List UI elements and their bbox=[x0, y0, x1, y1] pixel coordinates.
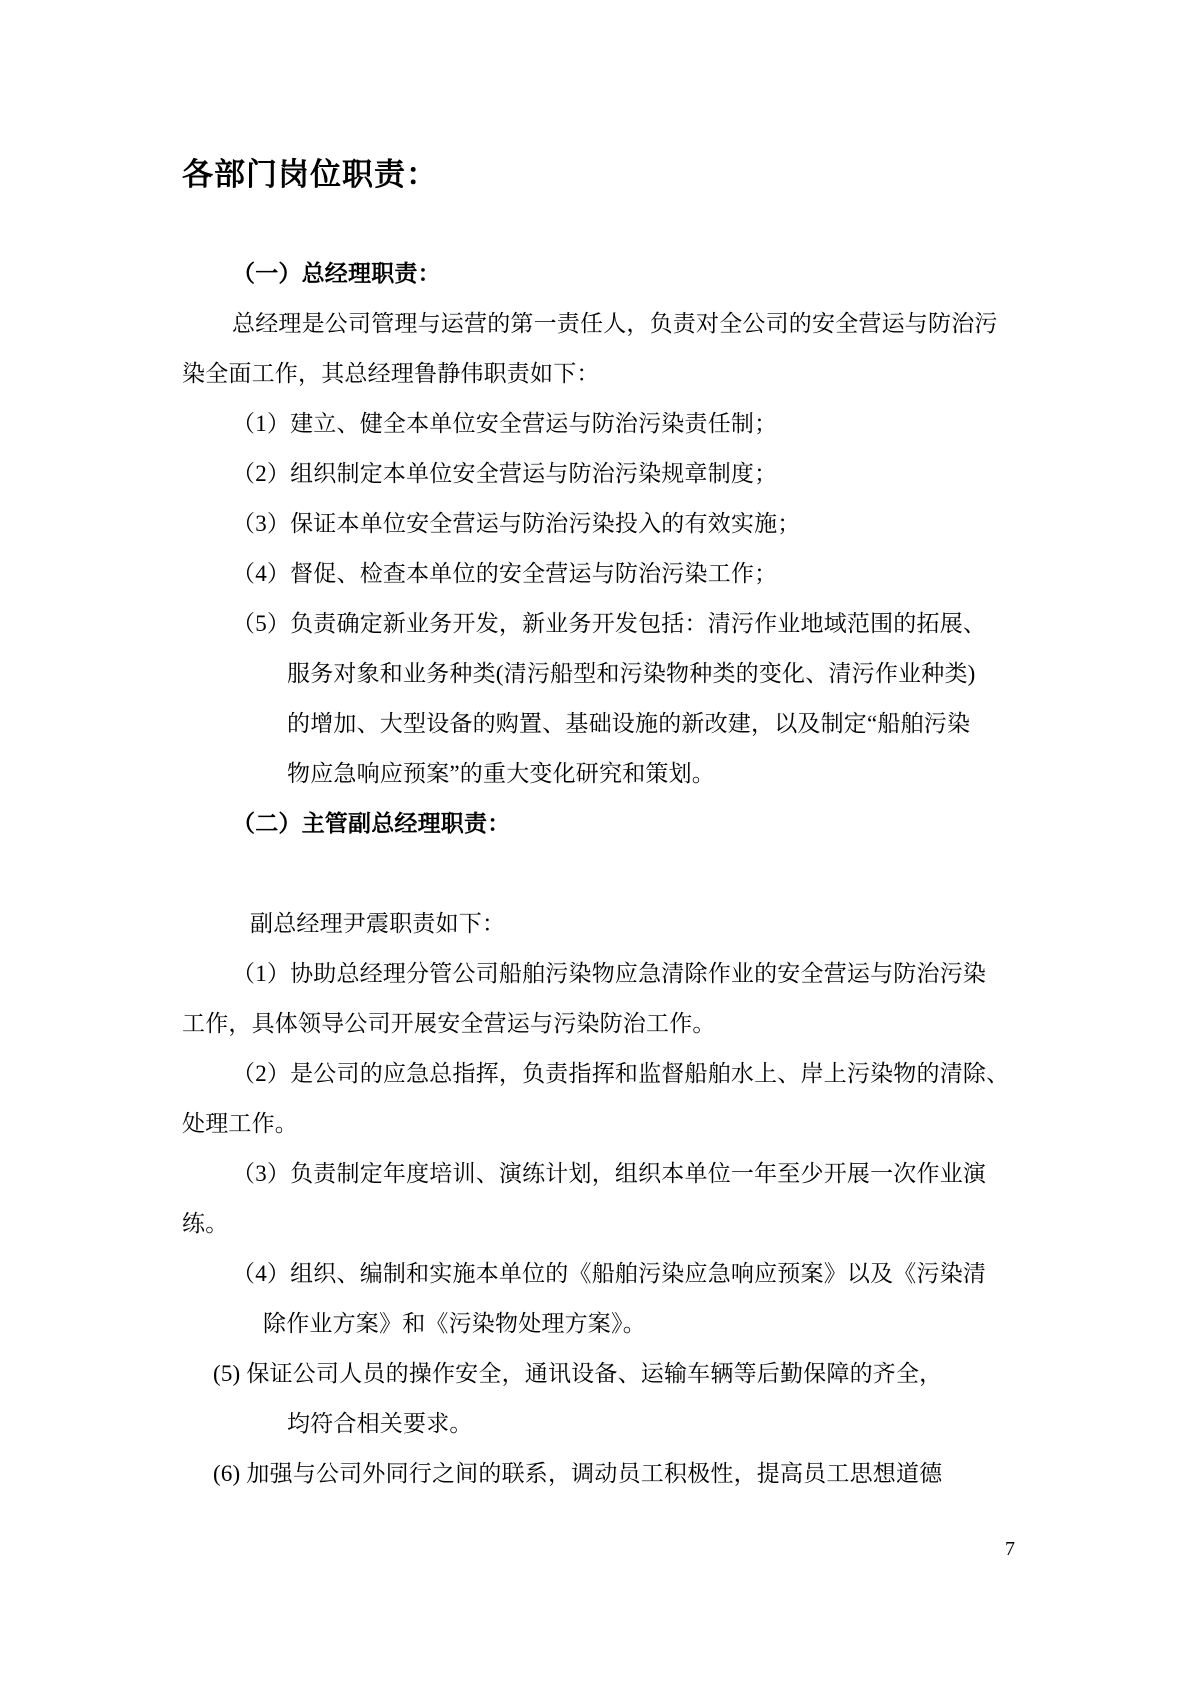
section2-item-3-line1: （3）负责制定年度培训、演练计划，组织本单位一年至少开展一次作业演 bbox=[182, 1149, 1015, 1199]
section2-item-5-line1: (5) 保证公司人员的操作安全，通讯设备、运输车辆等后勤保障的齐全， bbox=[182, 1349, 1015, 1399]
section2-item-1-line1: （1）协助总经理分管公司船舶污染物应急清除作业的安全营运与防治污染 bbox=[182, 949, 1015, 999]
section1-item-5-line4: 物应急响应预案”的重大变化研究和策划。 bbox=[182, 749, 1015, 799]
section1-item-4: （4）督促、检查本单位的安全营运与防治污染工作； bbox=[182, 549, 1015, 599]
blank-line bbox=[182, 849, 1015, 899]
section1-item-3: （3）保证本单位安全营运与防治污染投入的有效实施； bbox=[182, 499, 1015, 549]
section2-item-4-line1: （4）组织、编制和实施本单位的《船舶污染应急响应预案》以及《污染清 bbox=[182, 1249, 1015, 1299]
section2-item-3-line2: 练。 bbox=[182, 1199, 1015, 1249]
document-page: 各部门岗位职责： （一）总经理职责： 总经理是公司管理与运营的第一责任人，负责对… bbox=[0, 0, 1191, 1684]
section1-item-1: （1）建立、健全本单位安全营运与防治污染责任制； bbox=[182, 399, 1015, 449]
section2-item-2-line2: 处理工作。 bbox=[182, 1099, 1015, 1149]
section2-item-2-line1: （2）是公司的应急总指挥，负责指挥和监督船舶水上、岸上污染物的清除、 bbox=[182, 1049, 1015, 1099]
section1-intro-line1: 总经理是公司管理与运营的第一责任人，负责对全公司的安全营运与防治污 bbox=[182, 299, 1015, 349]
section1-item-5-line2: 服务对象和业务种类(清污船型和污染物种类的变化、清污作业种类) bbox=[182, 649, 1015, 699]
section2-item-4-line2: 除作业方案》和《污染物处理方案》。 bbox=[182, 1299, 1015, 1349]
section2-intro: 副总经理尹震职责如下： bbox=[182, 899, 1015, 949]
section2-item-5-line2: 均符合相关要求。 bbox=[182, 1399, 1015, 1449]
page-number: 7 bbox=[182, 1534, 1015, 1564]
section1-item-2: （2）组织制定本单位安全营运与防治污染规章制度； bbox=[182, 449, 1015, 499]
section2-heading: （二）主管副总经理职责： bbox=[182, 799, 1015, 849]
section1-item-5-line1: （5）负责确定新业务开发，新业务开发包括：清污作业地域范围的拓展、 bbox=[182, 599, 1015, 649]
section2-item-1-line2: 工作，具体领导公司开展安全营运与污染防治工作。 bbox=[182, 999, 1015, 1049]
section1-item-5-line3: 的增加、大型设备的购置、基础设施的新改建，以及制定“船舶污染 bbox=[182, 699, 1015, 749]
section1-heading: （一）总经理职责： bbox=[182, 249, 1015, 299]
section2-item-6-line1: (6) 加强与公司外同行之间的联系，调动员工积极性，提高员工思想道德 bbox=[182, 1449, 1015, 1499]
section1-intro-line2: 染全面工作，其总经理鲁静伟职责如下： bbox=[182, 349, 1015, 399]
page-title: 各部门岗位职责： bbox=[182, 153, 1015, 197]
